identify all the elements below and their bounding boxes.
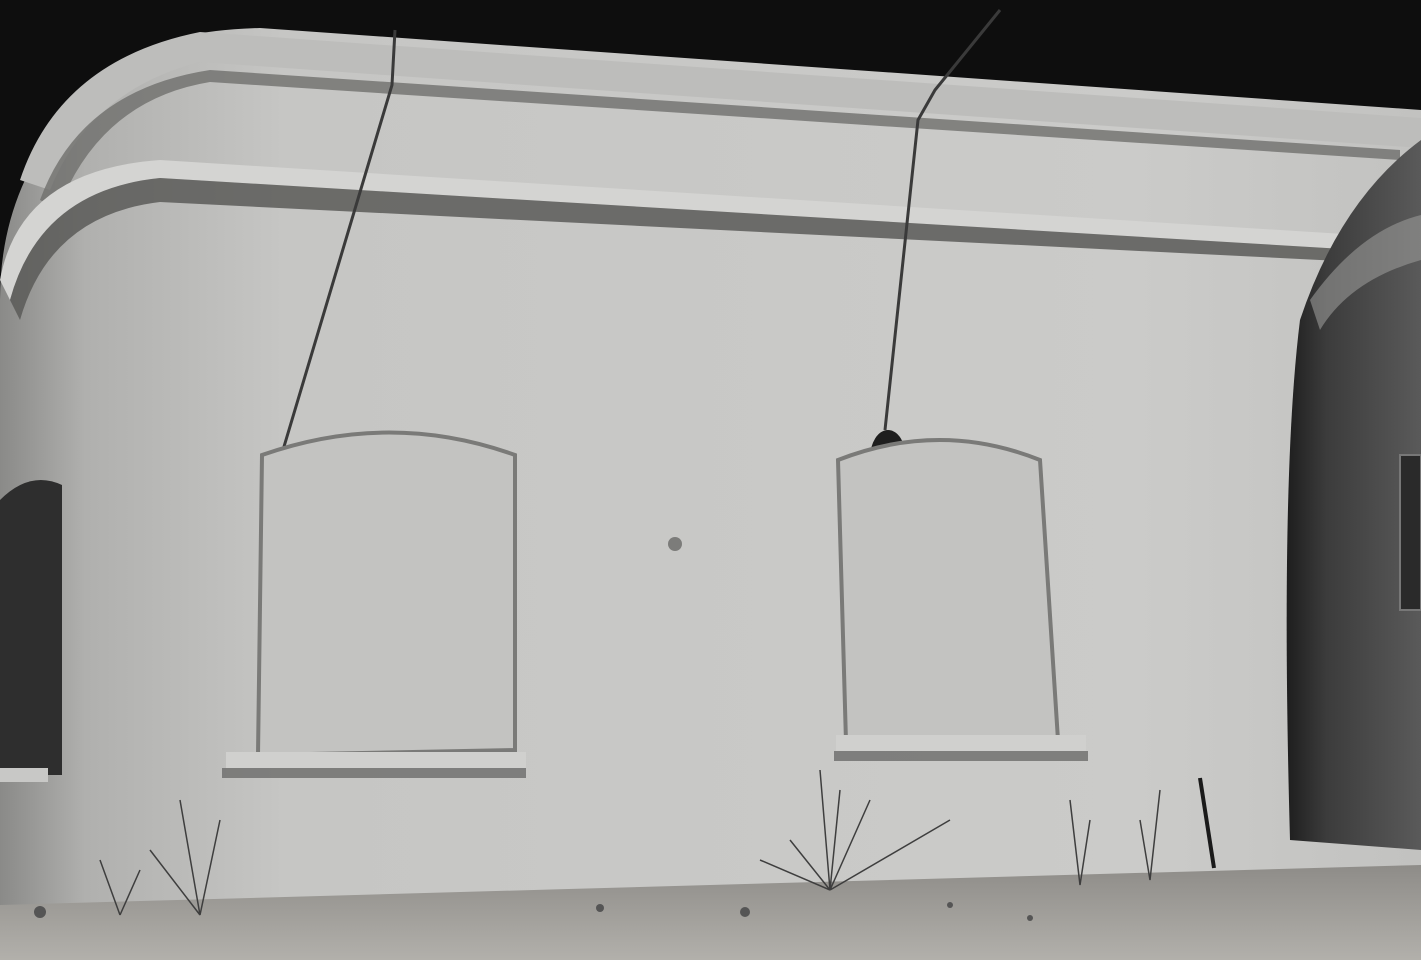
photograph: Black-and-white photograph of a curved a… [0,0,1421,960]
left-window-sill [226,752,526,768]
wall-hole [668,537,682,551]
adobe-wall-photo [0,0,1421,960]
right-window-sill [836,735,1086,751]
main-wall [0,28,1421,915]
grated-window [1400,455,1421,610]
left-window [258,433,515,756]
left-edge-window [0,480,62,775]
right-window [838,440,1058,742]
